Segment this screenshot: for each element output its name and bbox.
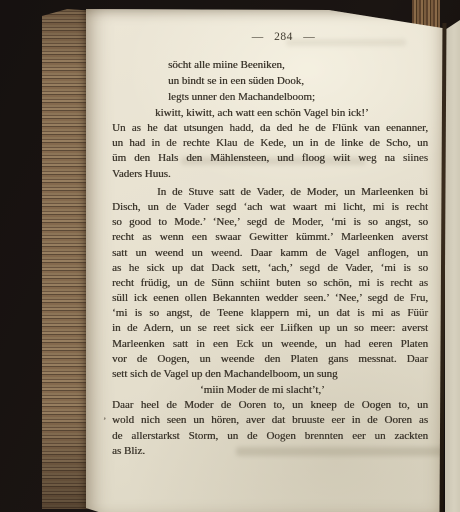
text-line: in de Adern, un se reet sick eer Liifken… bbox=[112, 321, 428, 336]
text-line: un had in de rechte Klau de Kede, un in … bbox=[112, 136, 428, 151]
text-line: legts unner den Machandelboom; bbox=[112, 89, 428, 105]
book-fore-edge bbox=[42, 9, 88, 509]
text-line: üm den Hals den Mählensteen, und floog w… bbox=[112, 151, 428, 166]
text-line: In de Stuve satt de Vader, de Moder, un … bbox=[112, 185, 428, 200]
text-line: un bindt se in een süden Dook, bbox=[112, 73, 428, 89]
text-line: kiwitt, kiwitt, ach watt een schön Vagel… bbox=[112, 105, 428, 121]
text-line: de allerstarkst Storm, un de Oogen brenn… bbox=[112, 429, 428, 444]
text-line: wold nich seen un hören, aver dat bruust… bbox=[112, 413, 428, 428]
text-line: ‘miin Moder de mi slacht’t,’ bbox=[112, 382, 428, 398]
page-number: — 284 — bbox=[105, 31, 460, 43]
text-line: so good to Mode.’ ‘Nee,’ segd de Moder, … bbox=[112, 215, 428, 230]
text-line: söcht alle miine Beeniken, bbox=[112, 57, 428, 73]
margin-mark: ’ bbox=[103, 416, 106, 426]
text-block: ’ söcht alle miine Beeniken,un bindt se … bbox=[112, 57, 428, 459]
text-line: Daar heel de Moder de Ooren to, un kneep… bbox=[112, 398, 428, 413]
text-line: süll ick eenen ollen Bekannten wedder se… bbox=[112, 291, 428, 306]
text-line: Vaders Huus. bbox=[112, 167, 428, 182]
book-scan: — 284 — ’ söcht alle miine Beeniken,un b… bbox=[0, 0, 460, 512]
text-line: vor de Oogen, un weende den Platen gans … bbox=[112, 352, 428, 367]
text-line: satt un weend un weend. Daar kamm de Vag… bbox=[112, 246, 428, 261]
text-line: Disch, un de Vader segd ‘ach wat waart m… bbox=[112, 200, 428, 215]
text-line: as Bliz. bbox=[112, 444, 428, 459]
text-line: Un as he dat utsungen hadd, da ded he de… bbox=[112, 121, 428, 136]
text-line: recht früdig, un de Sünn schiint buten s… bbox=[112, 276, 428, 291]
book-page: — 284 — ’ söcht alle miine Beeniken,un b… bbox=[86, 9, 443, 512]
text-line: ‘mi is so angst, de Teene klappern mi, u… bbox=[112, 306, 428, 321]
text-line: recht as wenn een swaar Gewitter kümmt.’… bbox=[112, 230, 428, 245]
next-page-edge bbox=[445, 20, 460, 512]
text-line: sett sich de Vagel up den Machandelboom,… bbox=[112, 367, 428, 382]
text-line: Marleenken satt in een Eck un weende, un… bbox=[112, 337, 428, 352]
text-line: as he sick up dat Dack sett, ‘ach,’ segd… bbox=[112, 261, 428, 276]
